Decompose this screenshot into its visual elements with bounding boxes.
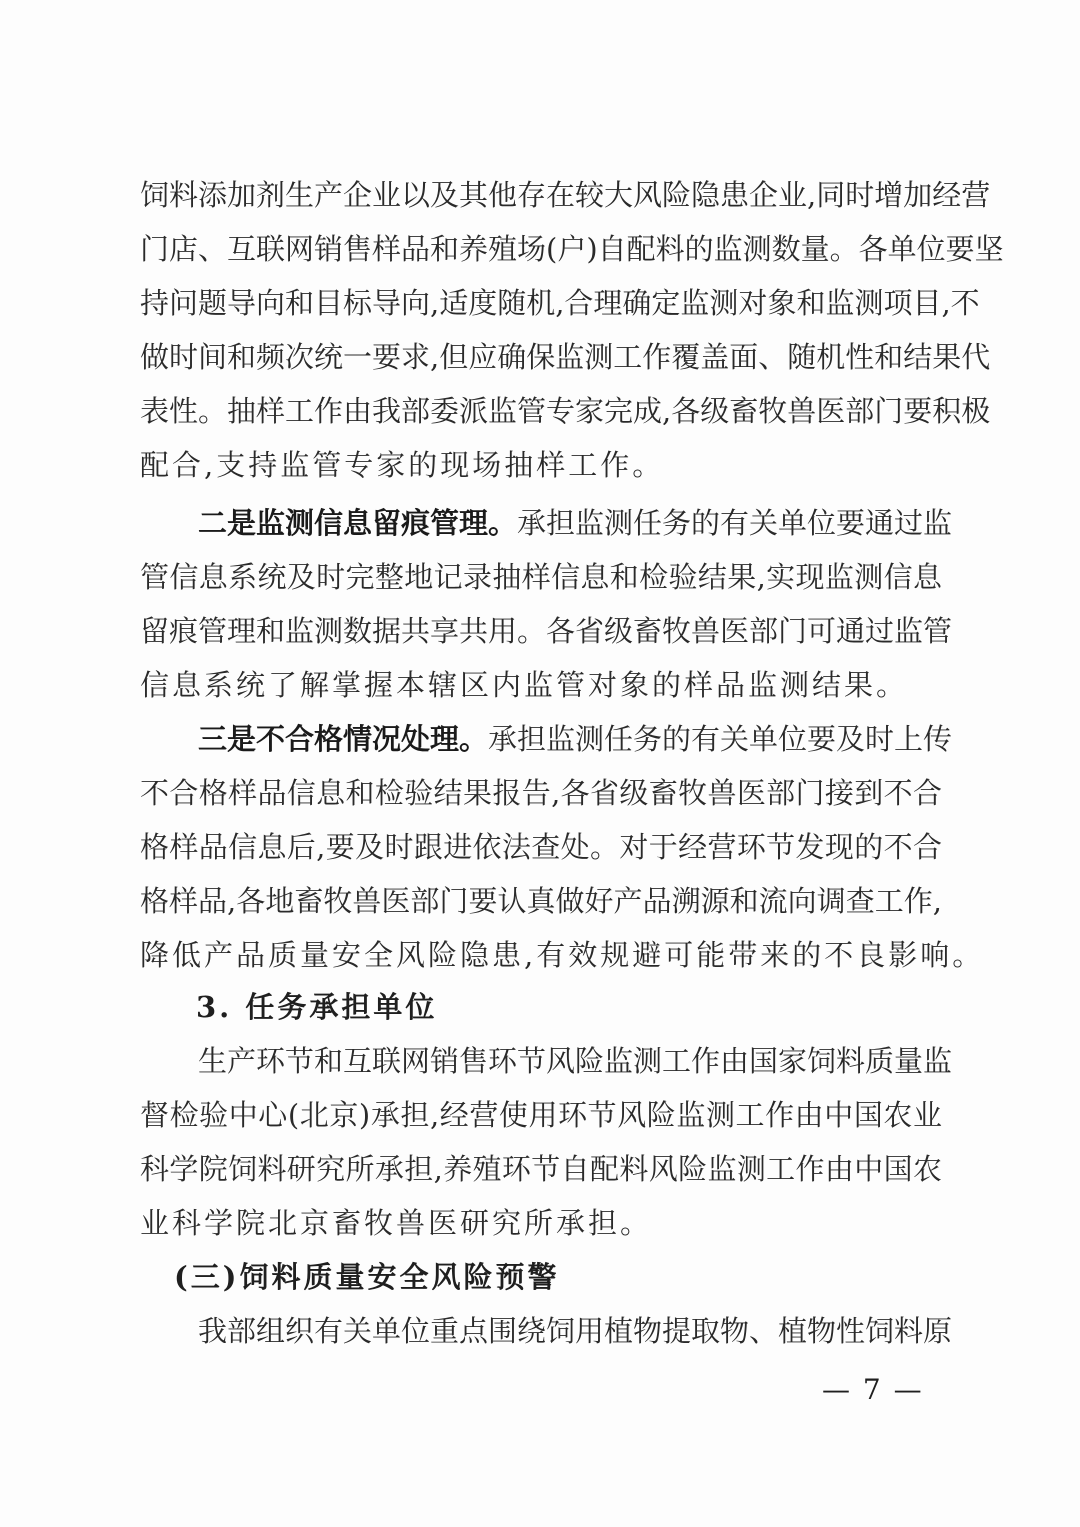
text-line: 留痕管理和监测数据共享共用。各省级畜牧兽医部门可通过监管 (140, 611, 942, 651)
text-line: 表性。抽样工作由我部委派监管专家完成,各级畜牧兽医部门要积极 (140, 391, 942, 431)
text-line: 格样品信息后,要及时跟进依法查处。对于经营环节发现的不合 (140, 827, 942, 867)
document-page: 饲料添加剂生产企业以及其他存在较大风险隐患企业,同时增加经营 门店、互联网销售样… (0, 0, 1080, 1527)
lead-bold-phrase: 二是监测信息留痕管理。 (198, 506, 517, 540)
text-line: 格样品,各地畜牧兽医部门要认真做好产品溯源和流向调查工作, (140, 881, 942, 921)
text-line: 业科学院北京畜牧兽医研究所承担。 (140, 1203, 942, 1243)
text-line: 生产环节和互联网销售环节风险监测工作由国家饲料质量监 (198, 1041, 942, 1081)
lead-text: 承担监测任务的有关单位要通过监 (517, 506, 952, 540)
text-line: 做时间和频次统一要求,但应确保监测工作覆盖面、随机性和结果代 (140, 337, 942, 377)
text-line: 管信息系统及时完整地记录抽样信息和检验结果,实现监测信息 (140, 557, 942, 597)
text-line-lead: 二是监测信息留痕管理。承担监测任务的有关单位要通过监 (198, 503, 942, 543)
lead-text: 承担监测任务的有关单位要及时上传 (488, 722, 952, 756)
text-line: 门店、互联网销售样品和养殖场(户)自配料的监测数量。各单位要坚 (140, 229, 942, 269)
text-line: 科学院饲料研究所承担,养殖环节自配料风险监测工作由中国农 (140, 1149, 942, 1189)
text-line: 信息系统了解掌握本辖区内监管对象的样品监测结果。 (140, 665, 942, 705)
text-line: 配合,支持监管专家的现场抽样工作。 (140, 445, 942, 485)
text-line-lead: 三是不合格情况处理。承担监测任务的有关单位要及时上传 (198, 719, 942, 759)
text-line: 持问题导向和目标导向,适度随机,合理确定监测对象和监测项目,不 (140, 283, 942, 323)
text-line: 我部组织有关单位重点围绕饲用植物提取物、植物性饲料原 (198, 1311, 942, 1351)
text-line: 降低产品质量安全风险隐患,有效规避可能带来的不良影响。 (140, 935, 942, 975)
text-line: 饲料添加剂生产企业以及其他存在较大风险隐患企业,同时增加经营 (140, 175, 942, 215)
text-line: 督检验中心(北京)承担,经营使用环节风险监测工作由中国农业 (140, 1095, 942, 1135)
text-line: 不合格样品信息和检验结果报告,各省级畜牧兽医部门接到不合 (140, 773, 942, 813)
section-heading-risk-warning: (三)饲料质量安全风险预警 (174, 1257, 559, 1297)
page-number: — 7 — (822, 1370, 924, 1410)
section-heading-task-units: 3. 任务承担单位 (196, 987, 437, 1027)
lead-bold-phrase: 三是不合格情况处理。 (198, 722, 488, 756)
